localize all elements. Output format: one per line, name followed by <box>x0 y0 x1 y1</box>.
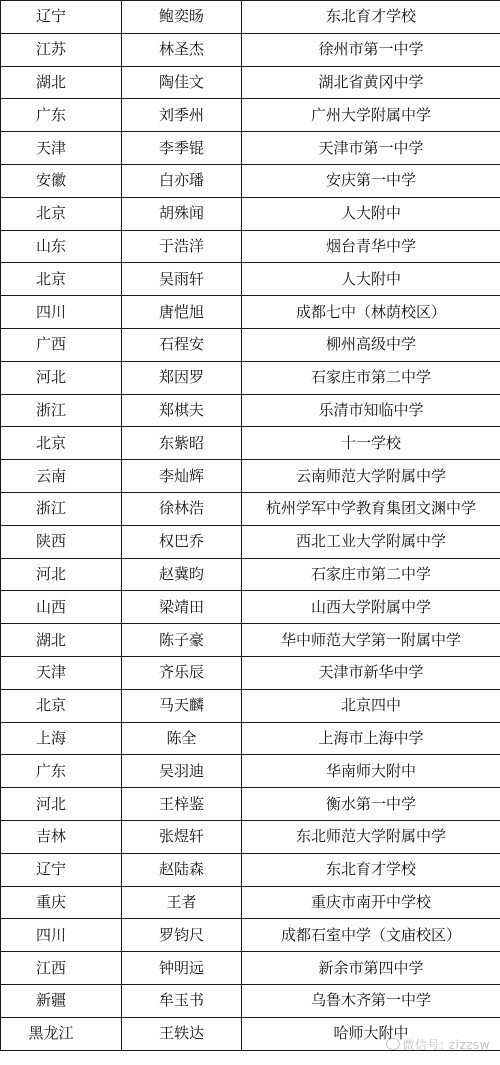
table-row: 辽宁赵陆森东北育才学校 <box>1 853 500 886</box>
table-row: 北京吴雨轩人大附中 <box>1 263 500 296</box>
province-cell: 天津 <box>1 132 122 165</box>
table-row: 北京东紫昭十一学校 <box>1 427 500 460</box>
table-row: 广西石程安柳州高级中学 <box>1 328 500 361</box>
student-table: 辽宁鲍奕旸东北育才学校江苏林圣杰徐州市第一中学湖北陶佳文湖北省黄冈中学广东刘季州… <box>0 0 500 1051</box>
table-row: 天津李季锟天津市第一中学 <box>1 132 500 165</box>
name-cell: 张煜轩 <box>122 820 242 853</box>
name-cell: 吴雨轩 <box>122 263 242 296</box>
province-cell: 新疆 <box>1 984 122 1017</box>
table-row: 山西梁靖田山西大学附属中学 <box>1 591 500 624</box>
name-cell: 齐乐辰 <box>122 656 242 689</box>
table-row: 河北王梓鉴衡水第一中学 <box>1 788 500 821</box>
school-cell: 华中师范大学第一附属中学 <box>242 624 500 657</box>
school-cell: 上海市上海中学 <box>242 722 500 755</box>
table-body: 辽宁鲍奕旸东北育才学校江苏林圣杰徐州市第一中学湖北陶佳文湖北省黄冈中学广东刘季州… <box>1 1 500 1051</box>
school-cell: 东北育才学校 <box>242 853 500 886</box>
province-cell: 重庆 <box>1 886 122 919</box>
school-cell: 山西大学附属中学 <box>242 591 500 624</box>
table-row: 辽宁鲍奕旸东北育才学校 <box>1 1 500 34</box>
school-cell: 乐清市知临中学 <box>242 394 500 427</box>
name-cell: 东紫昭 <box>122 427 242 460</box>
school-cell: 人大附中 <box>242 197 500 230</box>
school-cell: 天津市新华中学 <box>242 656 500 689</box>
table-row: 四川唐恺旭成都七中（林荫校区） <box>1 296 500 329</box>
table-row: 湖北陶佳文湖北省黄冈中学 <box>1 66 500 99</box>
province-cell: 上海 <box>1 722 122 755</box>
province-cell: 四川 <box>1 296 122 329</box>
province-cell: 河北 <box>1 788 122 821</box>
province-cell: 湖北 <box>1 66 122 99</box>
school-cell: 徐州市第一中学 <box>242 33 500 66</box>
school-cell: 湖北省黄冈中学 <box>242 66 500 99</box>
school-cell: 乌鲁木齐第一中学 <box>242 984 500 1017</box>
name-cell: 鲍奕旸 <box>122 1 242 34</box>
table-row: 河北赵冀昀石家庄市第二中学 <box>1 558 500 591</box>
name-cell: 郑因罗 <box>122 361 242 394</box>
name-cell: 梁靖田 <box>122 591 242 624</box>
name-cell: 白亦璠 <box>122 164 242 197</box>
province-cell: 辽宁 <box>1 1 122 34</box>
wechat-icon <box>386 1038 400 1050</box>
name-cell: 刘季州 <box>122 99 242 132</box>
school-cell: 烟台青华中学 <box>242 230 500 263</box>
province-cell: 广东 <box>1 99 122 132</box>
table-row: 上海陈全上海市上海中学 <box>1 722 500 755</box>
school-cell: 石家庄市第二中学 <box>242 361 500 394</box>
province-cell: 北京 <box>1 689 122 722</box>
table-row: 江苏林圣杰徐州市第一中学 <box>1 33 500 66</box>
name-cell: 王轶达 <box>122 1017 242 1050</box>
table-row: 重庆王者重庆市南开中学校 <box>1 886 500 919</box>
province-cell: 安徽 <box>1 164 122 197</box>
school-cell: 广州大学附属中学 <box>242 99 500 132</box>
table-row: 山东于浩洋烟台青华中学 <box>1 230 500 263</box>
province-cell: 江苏 <box>1 33 122 66</box>
name-cell: 王梓鉴 <box>122 788 242 821</box>
name-cell: 权巴乔 <box>122 525 242 558</box>
school-cell: 天津市第一中学 <box>242 132 500 165</box>
table-row: 陕西权巴乔西北工业大学附属中学 <box>1 525 500 558</box>
school-cell: 新余市第四中学 <box>242 952 500 985</box>
province-cell: 吉林 <box>1 820 122 853</box>
table-row: 北京胡殊闻人大附中 <box>1 197 500 230</box>
name-cell: 于浩洋 <box>122 230 242 263</box>
table-row: 云南李灿辉云南师范大学附属中学 <box>1 460 500 493</box>
name-cell: 吴羽迪 <box>122 755 242 788</box>
name-cell: 李季锟 <box>122 132 242 165</box>
name-cell: 陈全 <box>122 722 242 755</box>
table-row: 北京马天麟北京四中 <box>1 689 500 722</box>
province-cell: 辽宁 <box>1 853 122 886</box>
province-cell: 北京 <box>1 263 122 296</box>
province-cell: 北京 <box>1 197 122 230</box>
school-cell: 东北师范大学附属中学 <box>242 820 500 853</box>
school-cell: 重庆市南开中学校 <box>242 886 500 919</box>
province-cell: 山东 <box>1 230 122 263</box>
province-cell: 四川 <box>1 919 122 952</box>
province-cell: 广东 <box>1 755 122 788</box>
table-row: 四川罗钧尺成都石室中学（文庙校区） <box>1 919 500 952</box>
watermark: 微信号: zizzsw <box>386 1036 490 1053</box>
name-cell: 郑棋夫 <box>122 394 242 427</box>
table-row: 天津齐乐辰天津市新华中学 <box>1 656 500 689</box>
school-cell: 杭州学军中学教育集团文渊中学 <box>242 492 500 525</box>
province-cell: 浙江 <box>1 394 122 427</box>
province-cell: 天津 <box>1 656 122 689</box>
province-cell: 黑龙江 <box>1 1017 122 1050</box>
name-cell: 唐恺旭 <box>122 296 242 329</box>
school-cell: 十一学校 <box>242 427 500 460</box>
name-cell: 徐林浩 <box>122 492 242 525</box>
table-row: 广东吴羽迪华南师大附中 <box>1 755 500 788</box>
school-cell: 华南师大附中 <box>242 755 500 788</box>
name-cell: 石程安 <box>122 328 242 361</box>
name-cell: 赵冀昀 <box>122 558 242 591</box>
province-cell: 江西 <box>1 952 122 985</box>
table-row: 河北郑因罗石家庄市第二中学 <box>1 361 500 394</box>
table-row: 浙江郑棋夫乐清市知临中学 <box>1 394 500 427</box>
school-cell: 云南师范大学附属中学 <box>242 460 500 493</box>
table-row: 吉林张煜轩东北师范大学附属中学 <box>1 820 500 853</box>
name-cell: 赵陆森 <box>122 853 242 886</box>
watermark-text: 微信号: zizzsw <box>402 1038 490 1052</box>
name-cell: 罗钧尺 <box>122 919 242 952</box>
table-row: 安徽白亦璠安庆第一中学 <box>1 164 500 197</box>
province-cell: 陕西 <box>1 525 122 558</box>
table-row: 广东刘季州广州大学附属中学 <box>1 99 500 132</box>
name-cell: 李灿辉 <box>122 460 242 493</box>
province-cell: 浙江 <box>1 492 122 525</box>
table-row: 江西钟明远新余市第四中学 <box>1 952 500 985</box>
province-cell: 山西 <box>1 591 122 624</box>
school-cell: 西北工业大学附属中学 <box>242 525 500 558</box>
school-cell: 东北育才学校 <box>242 1 500 34</box>
name-cell: 林圣杰 <box>122 33 242 66</box>
school-cell: 柳州高级中学 <box>242 328 500 361</box>
name-cell: 陈子豪 <box>122 624 242 657</box>
school-cell: 成都石室中学（文庙校区） <box>242 919 500 952</box>
school-cell: 北京四中 <box>242 689 500 722</box>
name-cell: 牟玉书 <box>122 984 242 1017</box>
province-cell: 河北 <box>1 361 122 394</box>
province-cell: 河北 <box>1 558 122 591</box>
table-row: 新疆牟玉书乌鲁木齐第一中学 <box>1 984 500 1017</box>
province-cell: 北京 <box>1 427 122 460</box>
table-row: 湖北陈子豪华中师范大学第一附属中学 <box>1 624 500 657</box>
school-cell: 石家庄市第二中学 <box>242 558 500 591</box>
table-row: 浙江徐林浩杭州学军中学教育集团文渊中学 <box>1 492 500 525</box>
name-cell: 钟明远 <box>122 952 242 985</box>
province-cell: 广西 <box>1 328 122 361</box>
name-cell: 马天麟 <box>122 689 242 722</box>
name-cell: 胡殊闻 <box>122 197 242 230</box>
school-cell: 衡水第一中学 <box>242 788 500 821</box>
school-cell: 安庆第一中学 <box>242 164 500 197</box>
province-cell: 云南 <box>1 460 122 493</box>
school-cell: 人大附中 <box>242 263 500 296</box>
name-cell: 王者 <box>122 886 242 919</box>
province-cell: 湖北 <box>1 624 122 657</box>
name-cell: 陶佳文 <box>122 66 242 99</box>
school-cell: 成都七中（林荫校区） <box>242 296 500 329</box>
